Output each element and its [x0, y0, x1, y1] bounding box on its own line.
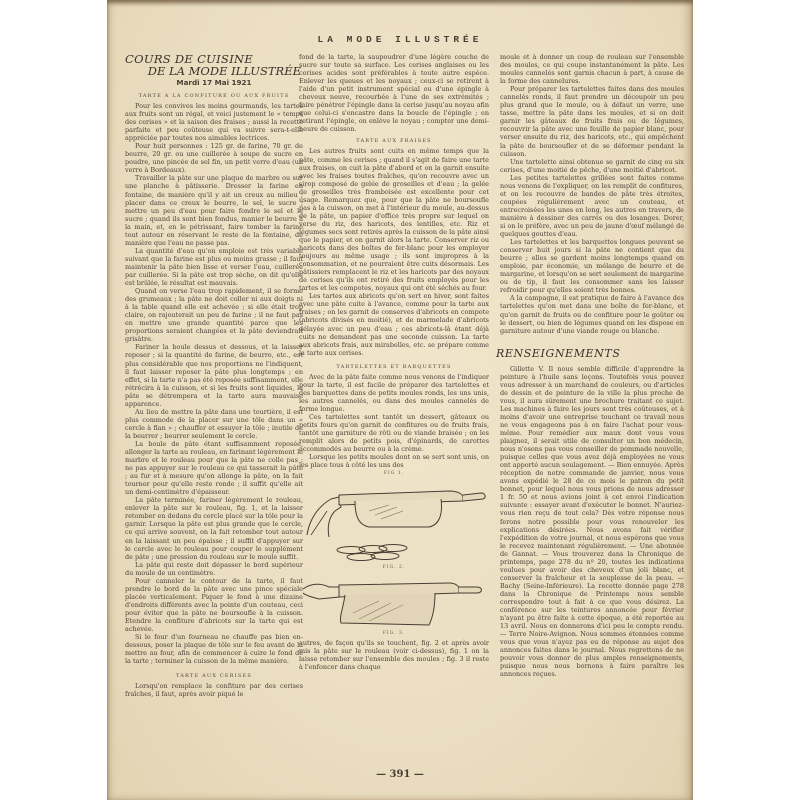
paragraph: Ces tartelettes sont tantôt un dessert, … [299, 413, 489, 453]
section-body-jam-tart: Pour les convives les moins gourmands, l… [125, 102, 303, 665]
paragraph: moule et à donner un coup de rouleau sur… [500, 53, 684, 85]
tartlet-molds-illustration-icon [299, 541, 489, 565]
section-heading-tartlets: TARTELETTES ET BARQUETTES [299, 362, 489, 372]
figure-1: FIG 1. [299, 471, 489, 539]
paragraph: Avec de la pâte faite comme nous venons … [299, 373, 489, 413]
paragraph: Gillette V. Il nous semble difficile d'a… [500, 365, 684, 679]
paragraph: La pâte terminée, fariner légèrement le … [125, 496, 303, 560]
paragraph: Une tartelette ainsi obtenue se garnit d… [500, 158, 684, 174]
section-body-renseignements: Gillette V. Il nous semble difficile d'a… [500, 365, 684, 679]
paragraph: Pour les convives les moins gourmands, l… [125, 102, 303, 142]
paragraph: La boule de pâte étant suffisamment repo… [125, 440, 303, 496]
section-heading-cherry-tart: TARTE AUX CERISES [125, 671, 303, 681]
paragraph: La pâte qui reste doit dépasser le bord … [125, 561, 303, 577]
rolling-pin-over-molds-illustration-icon [299, 573, 489, 631]
magazine-page: LA MODE ILLUSTRÉE COURS DE CUISINE DE LA… [107, 0, 693, 800]
figure-3: FIG. 3. [299, 573, 489, 637]
masthead: LA MODE ILLUSTRÉE [107, 34, 693, 45]
page-number: — 391 — [107, 769, 693, 780]
section-body-cherry-tart: Lorsqu'on remplace la confiture par des … [125, 682, 303, 698]
paragraph: fond de la tarte, la saupoudrer d'une lé… [299, 53, 489, 133]
section-heading-jam-tart: TARTE A LA CONFITURE OU AUX FRUITS [125, 91, 303, 101]
paragraph: Lorsque les petits moules dont on se ser… [299, 453, 489, 469]
paragraph: Quand on verse l'eau trop rapidement, il… [125, 287, 303, 343]
cherry-tart-continued: fond de la tarte, la saupoudrer d'une lé… [299, 53, 489, 133]
figure-3-caption: FIG. 3. [299, 631, 489, 637]
paragraph: Pour canneler le contour de la tarte, il… [125, 577, 303, 633]
paragraph: Les autres fruits sont cuits en même tem… [299, 147, 489, 292]
paragraph: Les tartelettes et les barquettes longue… [500, 238, 684, 294]
paragraph: Pour préparer les tartelettes faites dan… [500, 85, 684, 157]
tartlets-column3: moule et à donner un coup de rouleau sur… [500, 53, 684, 335]
paragraph: Pour huit personnes : 125 gr. de farine,… [125, 142, 303, 174]
paragraph: Travailler la pâte sur une plaque de mar… [125, 174, 303, 246]
rolling-pin-illustration-icon [299, 477, 489, 539]
figure-2-caption: FIG. 2. [299, 565, 489, 571]
paragraph: La quantité d'eau qu'on emploie est très… [125, 247, 303, 287]
column-1: COURS DE CUISINE DE LA MODE ILLUSTRÉE Ma… [125, 53, 303, 698]
section-heading-strawberry-tart: TARTE AUX FRAISES [299, 136, 489, 146]
section-body-tartlets: Avec de la pâte faite comme nous venons … [299, 373, 489, 470]
paragraph: Les petites tartelettes grillées sont fa… [500, 174, 684, 238]
paragraph: Au lieu de mettre la pâte dans une tourt… [125, 408, 303, 440]
article-title-line2: DE LA MODE ILLUSTRÉE [125, 65, 303, 77]
paragraph: Lorsqu'on remplace la confiture par des … [125, 682, 303, 698]
paragraph: A la campagne, il est pratique de faire … [500, 294, 684, 334]
section-heading-renseignements: RENSEIGNEMENTS [496, 347, 684, 361]
section-body-strawberry-tart: Les autres fruits sont cuits en même tem… [299, 147, 489, 356]
article-date: Mardi 17 Mai 1921 [125, 78, 303, 88]
column-3: moule et à donner un coup de rouleau sur… [500, 53, 684, 678]
paragraph: Les tartes aux abricots qu'on sert en hi… [299, 292, 489, 356]
paragraph: Si le four d'un fourneau ne chauffe pas … [125, 633, 303, 665]
paragraph: Fariner la boule dessus et dessous, et l… [125, 343, 303, 407]
tartlets-continued: autres, de façon qu'ils se touchent, fig… [299, 639, 489, 671]
figure-2: FIG. 2. [299, 541, 489, 571]
column-2: fond de la tarte, la saupoudrer d'une lé… [299, 53, 489, 671]
